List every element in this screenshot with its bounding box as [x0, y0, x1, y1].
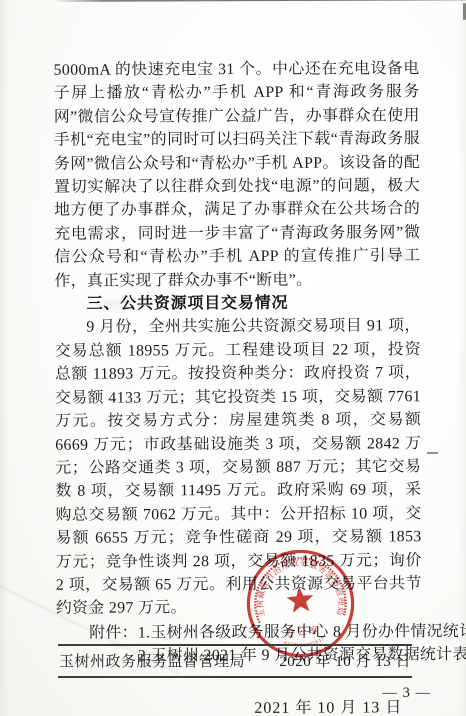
scanned-document-page: 5000mA 的快速充电宝 31 个。中心还在充电设备电子屏上播放“青松办”手机… [0, 0, 466, 716]
body-paragraph-1: 5000mA 的快速充电宝 31 个。中心还在充电设备电子屏上播放“青松办”手机… [54, 57, 421, 293]
footer-agency: 玉树州政务服务监督管理局 [59, 650, 245, 671]
section-heading: 三、公共资源项目交易情况 [55, 291, 421, 316]
document-body: 5000mA 的快速充电宝 31 个。中心还在充电设备电子屏上播放“青松办”手机… [54, 57, 423, 716]
footer-bar: 玉树州政务服务监督管理局 2020 年 10 月 13 日 [58, 644, 412, 678]
attachment-item-1: 1.玉树州各级政务服务中心 8 月份办件情况统计表 [138, 620, 466, 645]
page-number: — 3 — [383, 685, 432, 702]
margin-mark [427, 452, 438, 454]
footer-date: 2020 年 10 月 13 日 [279, 650, 411, 671]
body-paragraph-2: 9 月份，全州共实施公共资源交易项目 91 项，交易总额 18955 万元。工程… [55, 315, 422, 621]
scan-top-edge-shadow [54, 0, 466, 2]
